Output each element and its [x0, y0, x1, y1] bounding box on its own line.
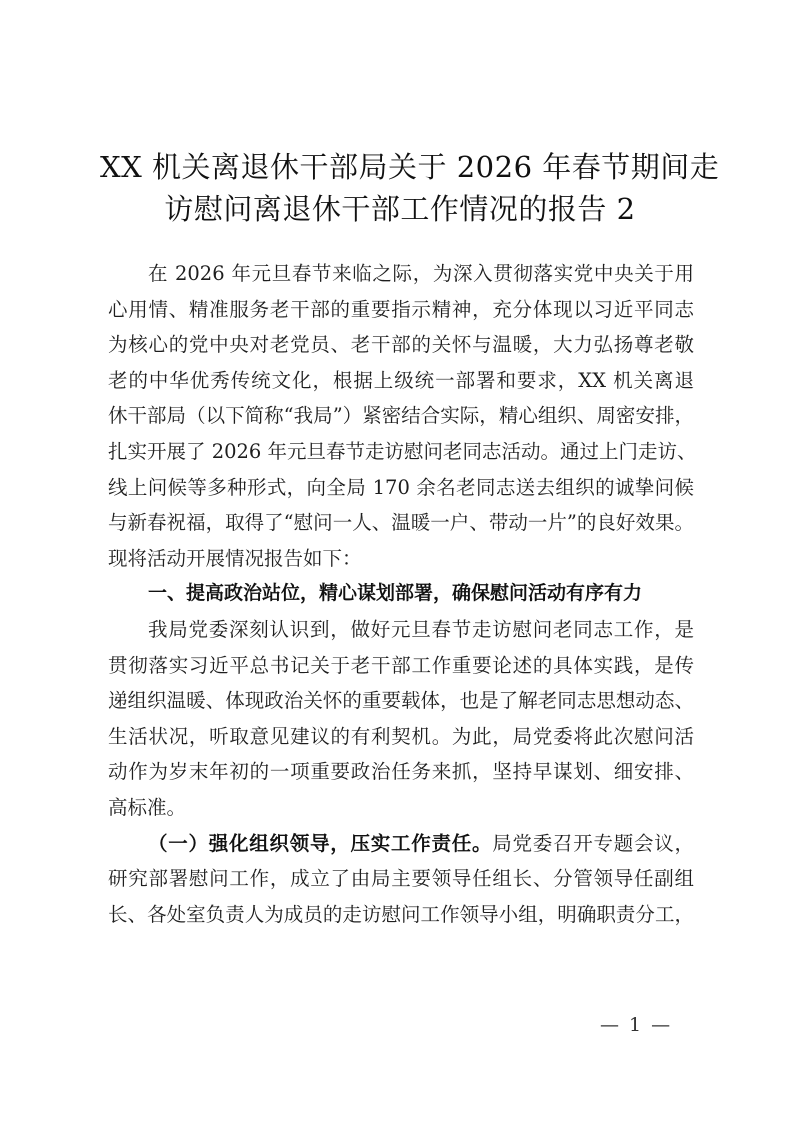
subsection-first-line: （一）强化组织领导，压实工作责任。局党委召开专题会议，: [108, 826, 694, 862]
paragraph-line: 扎实开展了 2026 年元旦春节走访慰问老同志活动。通过上门走访、: [108, 434, 694, 470]
title-line-1: XX 机关离退休干部局关于 2026 年春节期间走: [100, 146, 700, 188]
document-title: XX 机关离退休干部局关于 2026 年春节期间走 访慰问离退休干部工作情况的报…: [100, 146, 700, 230]
paragraph-line: 贯彻落实习近平总书记关于老干部工作重要论述的具体实践，是传: [108, 648, 694, 684]
paragraph-line: 我局党委深刻认识到，做好元旦春节走访慰问老同志工作，是: [108, 612, 694, 648]
subsection-heading: （一）强化组织领导，压实工作责任。: [148, 832, 492, 855]
paragraph-line: 长、各处室负责人为成员的走访慰问工作领导小组，明确职责分工，: [108, 897, 694, 933]
paragraph-line: 在 2026 年元旦春节来临之际，为深入贯彻落实党中央关于用: [108, 256, 694, 292]
paragraph-line: 休干部局（以下简称“我局”）紧密结合实际，精心组织、周密安排，: [108, 398, 694, 434]
document-page: XX 机关离退休干部局关于 2026 年春节期间走 访慰问离退休干部工作情况的报…: [0, 0, 793, 1122]
paragraph-line: 动作为岁末年初的一项重要政治任务来抓，坚持早谋划、细安排、: [108, 754, 694, 790]
intro-paragraph: 在 2026 年元旦春节来临之际，为深入贯彻落实党中央关于用 心用情、精准服务老…: [108, 256, 694, 576]
section-heading: 一、提高政治站位，精心谋划部署，确保慰问活动有序有力: [108, 576, 694, 612]
title-line-2: 访慰问离退休干部工作情况的报告 2: [100, 188, 700, 230]
page-number: — 1 —: [600, 1014, 672, 1036]
paragraph-line: 线上问候等多种形式，向全局 170 余名老同志送去组织的诚挚问候: [108, 470, 694, 506]
paragraph-line: 为核心的党中央对老党员、老干部的关怀与温暖，大力弘扬尊老敬: [108, 327, 694, 363]
paragraph-line: 老的中华优秀传统文化，根据上级统一部署和要求，XX 机关离退: [108, 363, 694, 399]
paragraph-line: 研究部署慰问工作，成立了由局主要领导任组长、分管领导任副组: [108, 861, 694, 897]
document-body: 在 2026 年元旦春节来临之际，为深入贯彻落实党中央关于用 心用情、精准服务老…: [108, 256, 694, 932]
paragraph-line: 递组织温暖、体现政治关怀的重要载体，也是了解老同志思想动态、: [108, 683, 694, 719]
paragraph-line: 与新春祝福，取得了“慰问一人、温暖一户、带动一片”的良好效果。: [108, 505, 694, 541]
paragraph-line: 心用情、精准服务老干部的重要指示精神，充分体现以习近平同志: [108, 292, 694, 328]
paragraph-line: 生活状况，听取意见建议的有利契机。为此，局党委将此次慰问活: [108, 719, 694, 755]
paragraph-line: 现将活动开展情况报告如下：: [108, 541, 694, 577]
paragraph-line: 高标准。: [108, 790, 694, 826]
subsection-1: （一）强化组织领导，压实工作责任。局党委召开专题会议， 研究部署慰问工作，成立了…: [108, 826, 694, 933]
subsection-text: 局党委召开专题会议，: [492, 832, 694, 855]
section-1-paragraph: 我局党委深刻认识到，做好元旦春节走访慰问老同志工作，是 贯彻落实习近平总书记关于…: [108, 612, 694, 826]
